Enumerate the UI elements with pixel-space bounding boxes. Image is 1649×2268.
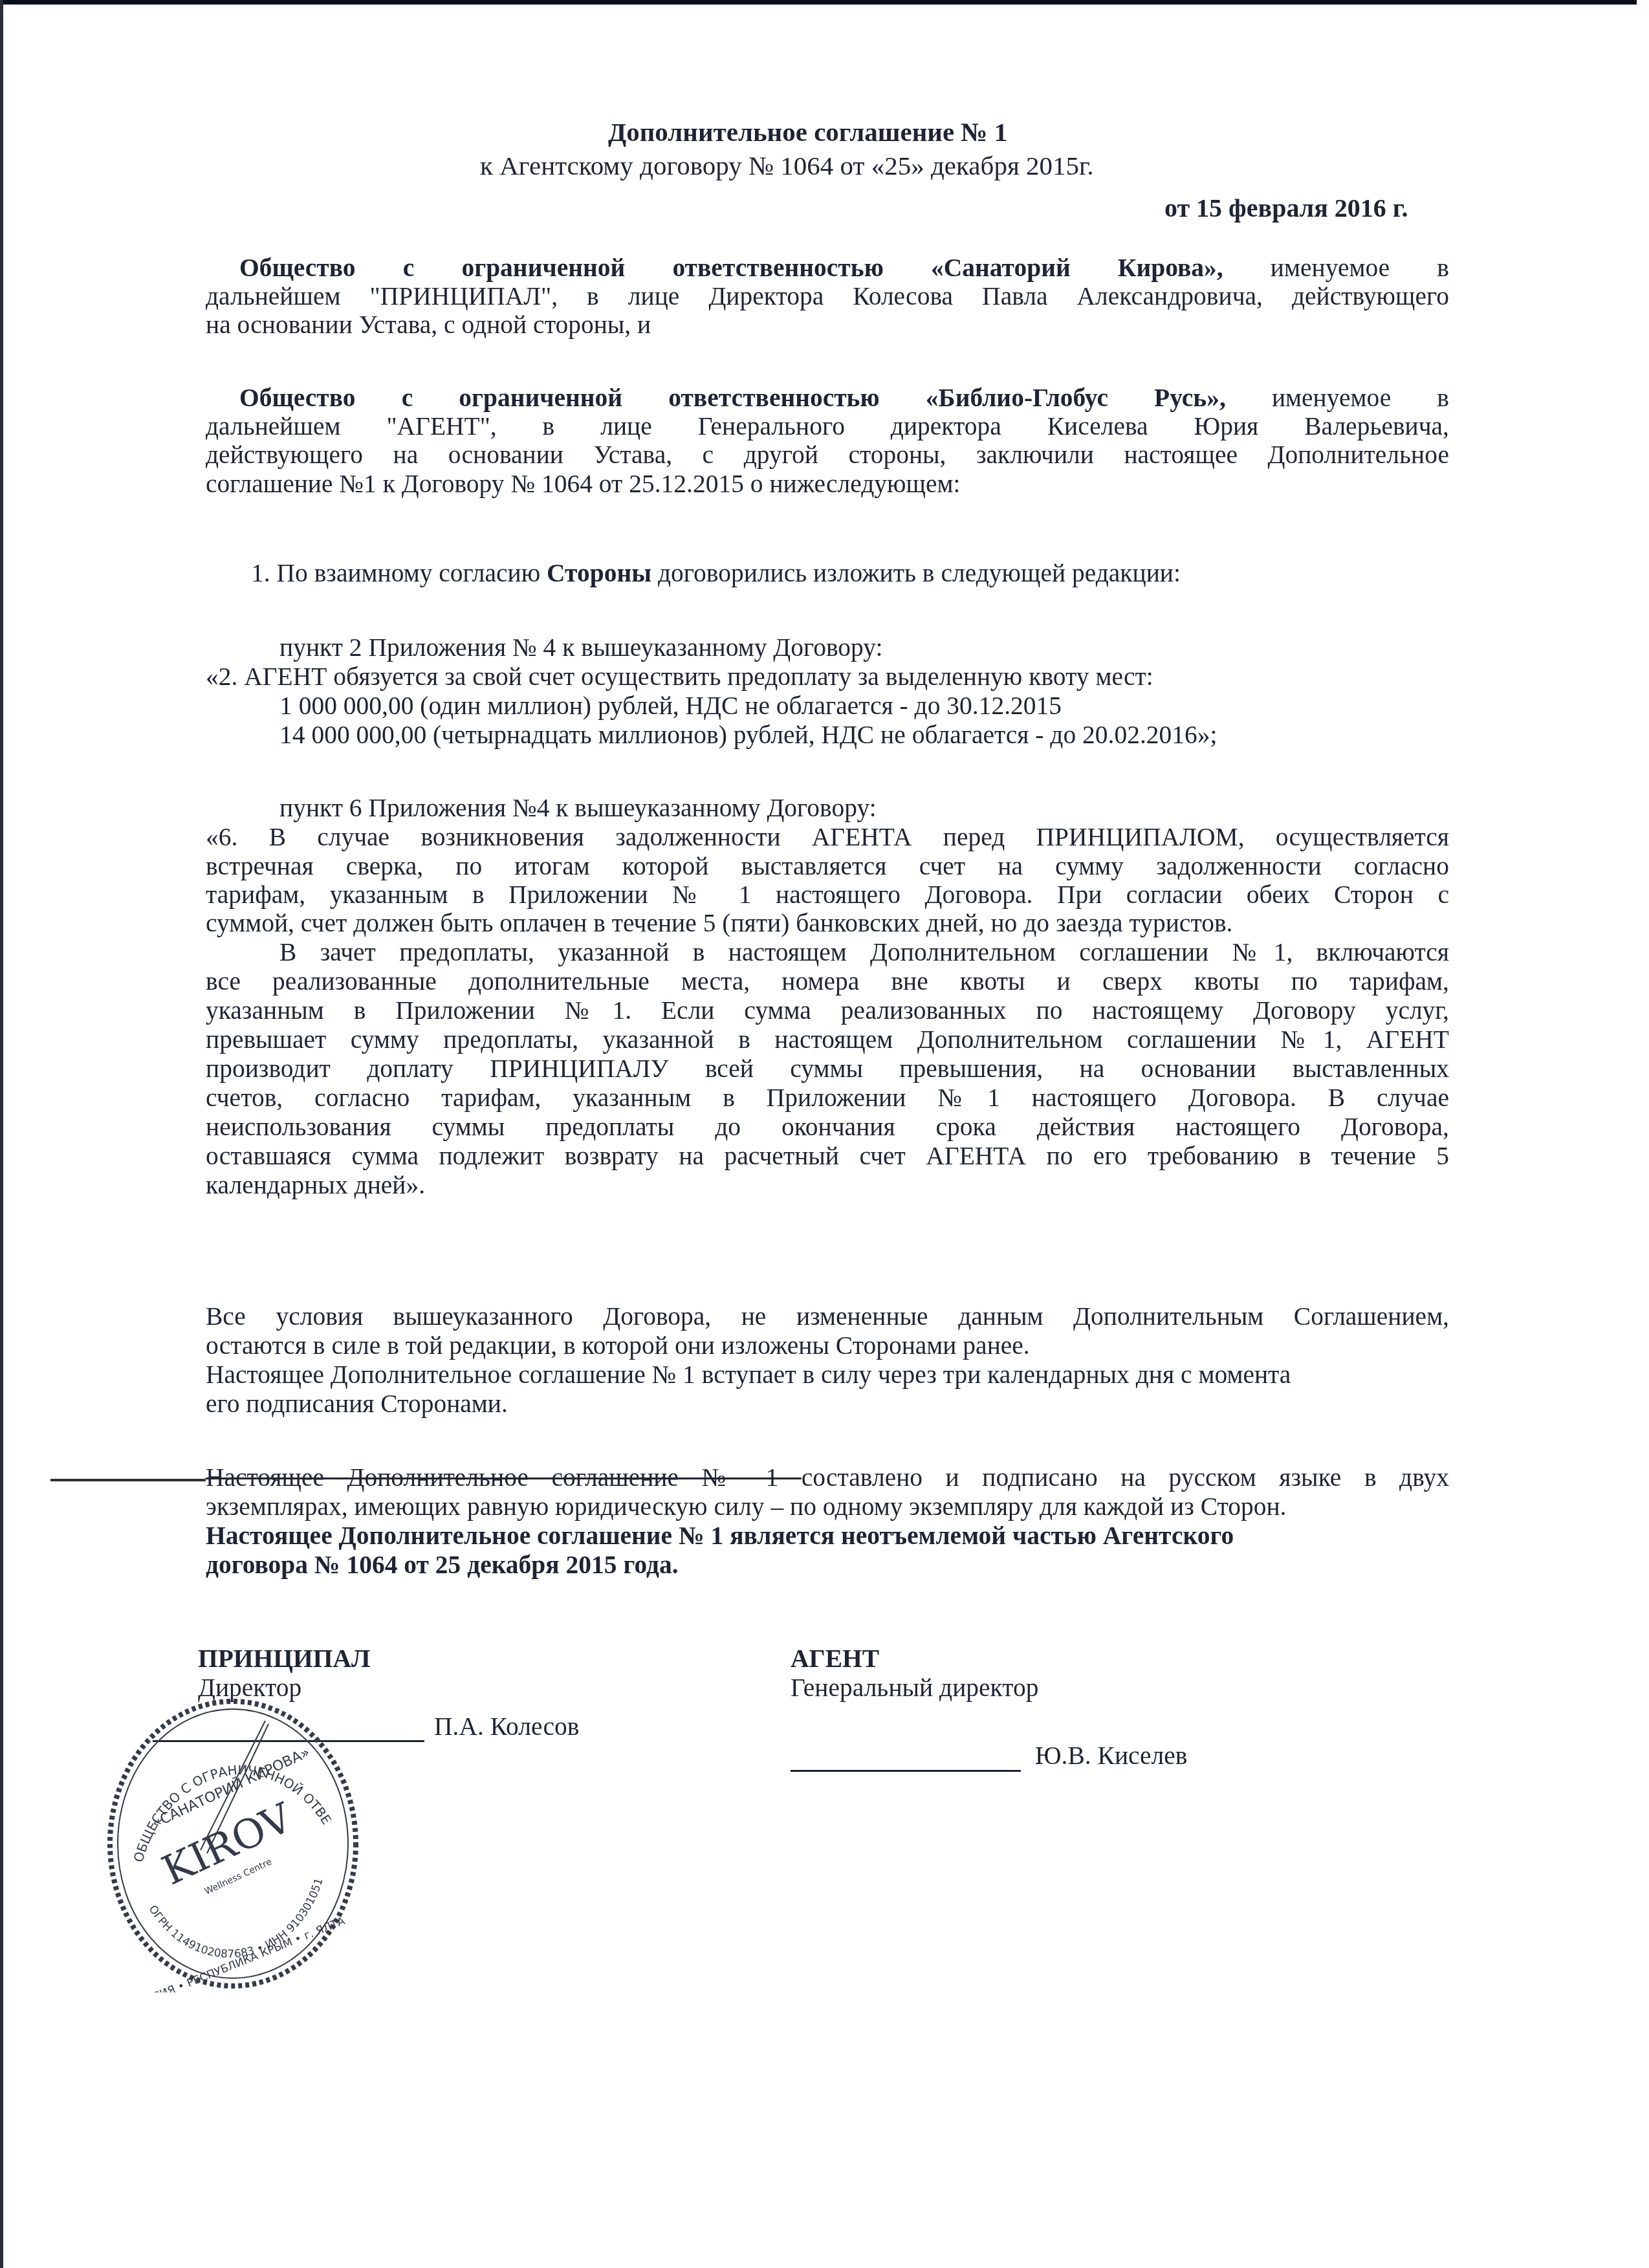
principal-role: ПРИНЦИПАЛ <box>198 1645 370 1674</box>
principal-name: П.А. Колесов <box>434 1713 579 1741</box>
agent-name: Ю.В. Киселев <box>1035 1742 1188 1771</box>
document-page: Дополнительное соглашение № 1 к Агентско… <box>0 0 1649 2268</box>
agent-title: Генеральный директор <box>791 1674 1039 1703</box>
party1-line-1: Общество с ограниченной ответственностью… <box>206 254 1449 283</box>
point6-heading: пункт 6 Приложения №4 к вышеуказанному Д… <box>279 794 877 823</box>
document-subtitle: к Агентскому договору № 1064 от «25» дек… <box>480 150 1093 181</box>
party1-line-2: дальнейшем "ПРИНЦИПАЛ", в лице Директора… <box>206 283 1449 311</box>
closing-line: остаются в силе в той редакции, в которо… <box>206 1332 1030 1360</box>
payment-2: 14 000 000,00 (четырнадцать миллионов) р… <box>279 721 1218 750</box>
closing-final-line: договора № 1064 от 25 декабря 2015 года. <box>206 1551 679 1580</box>
point6-para2-line: календарных дней». <box>206 1172 425 1200</box>
party2-line-3: действующего на основании Устава, с друг… <box>206 441 1449 470</box>
point6-para2-line: оставшаяся сумма подлежит возврату на ра… <box>206 1142 1449 1171</box>
point6-para1-line: «6. В случае возникновения задолженности… <box>206 823 1449 852</box>
point6-para2-line: счетов, согласно тарифам, указанным в Пр… <box>206 1084 1449 1113</box>
company-stamp-icon: ОБЩЕСТВО С ОГРАНИЧЕННОЙ ОТВЕТСТВЕННОСТЬЮ… <box>104 1695 362 1992</box>
document-title: Дополнительное соглашение № 1 <box>608 116 1007 147</box>
closing-line: Настоящее Дополнительное соглашение № 1 … <box>206 1361 1291 1390</box>
party2-line-2: дальнейшем "АГЕНТ", в лице Генерального … <box>206 413 1449 441</box>
agent-role: АГЕНТ <box>791 1645 879 1674</box>
point6-para2-line: В зачет предоплаты, указанной в настояще… <box>206 939 1449 967</box>
point6-para2-line: указанным в Приложении №1. Если сумма ре… <box>206 997 1449 1025</box>
point6-para1-line: тарифам, указанным в Приложении № 1 наст… <box>206 881 1449 910</box>
agent-signature-line <box>791 1770 1021 1772</box>
party2-line-1: Общество с ограниченной ответственностью… <box>206 384 1449 413</box>
closing-copies-line: экземплярах, имеющих равную юридическую … <box>206 1493 1287 1521</box>
point2-intro: «2. АГЕНТ обязуется за свой счет осущест… <box>206 663 1153 692</box>
point6-para2-line: производит доплату ПРИНЦИПАЛУ всей суммы… <box>206 1055 1449 1084</box>
document-date: от 15 февраля 2016 г. <box>1164 193 1408 223</box>
party1-line-3: на основании Устава, с одной стороны, и <box>206 311 651 340</box>
closing-line: Все условия вышеуказанного Договора, не … <box>206 1303 1449 1331</box>
point6-para2-line: неиспользования суммы предоплаты до окон… <box>206 1113 1449 1142</box>
payment-1: 1 000 000,00 (один миллион) рублей, НДС … <box>279 692 1062 721</box>
point6-para1-line: встречная сверка, по итогам которой выст… <box>206 853 1449 881</box>
point6-para2-line: все реализованные дополнительные места, … <box>206 968 1449 996</box>
closing-line: его подписания Сторонами. <box>206 1390 508 1419</box>
party2-line-4: соглашение №1 к Договору № 1064 от 25.12… <box>206 470 961 499</box>
point6-para2-line: превышает сумму предоплаты, указанной в … <box>206 1026 1449 1054</box>
point6-para1-line: суммой, счет должен быть оплачен в течен… <box>206 910 1232 938</box>
closing-struck-line: Настоящее Дополнительное соглашение № 1 … <box>206 1464 1449 1492</box>
clause-1: 1. По взаимному согласию Стороны договор… <box>251 560 1181 588</box>
closing-final-line: Настоящее Дополнительное соглашение № 1 … <box>206 1522 1234 1551</box>
pen-strike-mark <box>50 1479 206 1481</box>
point2-heading: пункт 2 Приложения № 4 к вышеуказанному … <box>279 634 883 662</box>
